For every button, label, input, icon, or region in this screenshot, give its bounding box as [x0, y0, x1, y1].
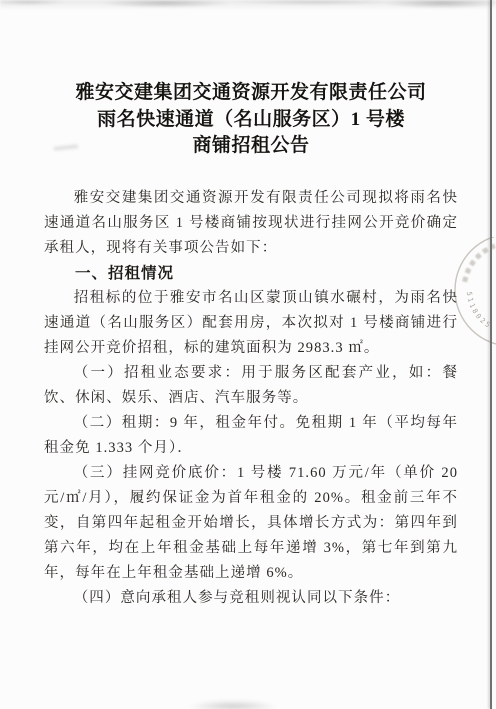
- clause-paragraph-3: （三）挂网竞价底价：1 号楼 71.60 万元/年（单价 20 元/㎡/月），履…: [44, 461, 458, 586]
- scanned-document-page: 雅安交建集团交通资源开发有限责任公司 雨名快速通道（名山服务区）1 号楼 商铺招…: [0, 0, 496, 709]
- scan-edge-line: [490, 0, 492, 709]
- company-seal: 5118025: [445, 237, 496, 347]
- scan-smudge-bottom: [188, 700, 278, 709]
- seal-serial-number: 5118025: [465, 291, 493, 330]
- document-body: 雅安交建集团交通资源开发有限责任公司 雨名快速通道（名山服务区）1 号楼 商铺招…: [44, 80, 458, 611]
- section-1-heading: 一、招租情况: [44, 261, 458, 286]
- clause-paragraph-2: （二）租期：9 年，租金年付。免租期 1 年（平均每年租金免 1.333 个月）…: [44, 411, 458, 461]
- intro-paragraph: 雅安交建集团交通资源开发有限责任公司现拟将雨名快速通道名山服务区 1 号楼商铺按…: [44, 186, 458, 261]
- clause-paragraph-1: （一）招租业态要求：用于服务区配套产业，如：餐饮、休闲、娱乐、酒店、汽车服务等。: [44, 361, 458, 411]
- clause-paragraph-4: （四）意向承租人参与竞租则视认同以下条件：: [44, 586, 458, 611]
- document-title-line-3: 商铺招租公告: [44, 133, 458, 160]
- document-title: 雅安交建集团交通资源开发有限责任公司 雨名快速通道（名山服务区）1 号楼 商铺招…: [44, 80, 458, 160]
- clause-paragraph-overview: 招租标的位于雅安市名山区蒙顶山镇水碾村，为雨名快速通道（名山服务区）配套用房，本…: [44, 286, 458, 361]
- scan-smudge-top: [0, 0, 496, 12]
- document-text-block: 雅安交建集团交通资源开发有限责任公司现拟将雨名快速通道名山服务区 1 号楼商铺按…: [44, 186, 458, 611]
- document-title-line-2: 雨名快速通道（名山服务区）1 号楼: [44, 107, 458, 134]
- document-title-line-1: 雅安交建集团交通资源开发有限责任公司: [44, 80, 458, 107]
